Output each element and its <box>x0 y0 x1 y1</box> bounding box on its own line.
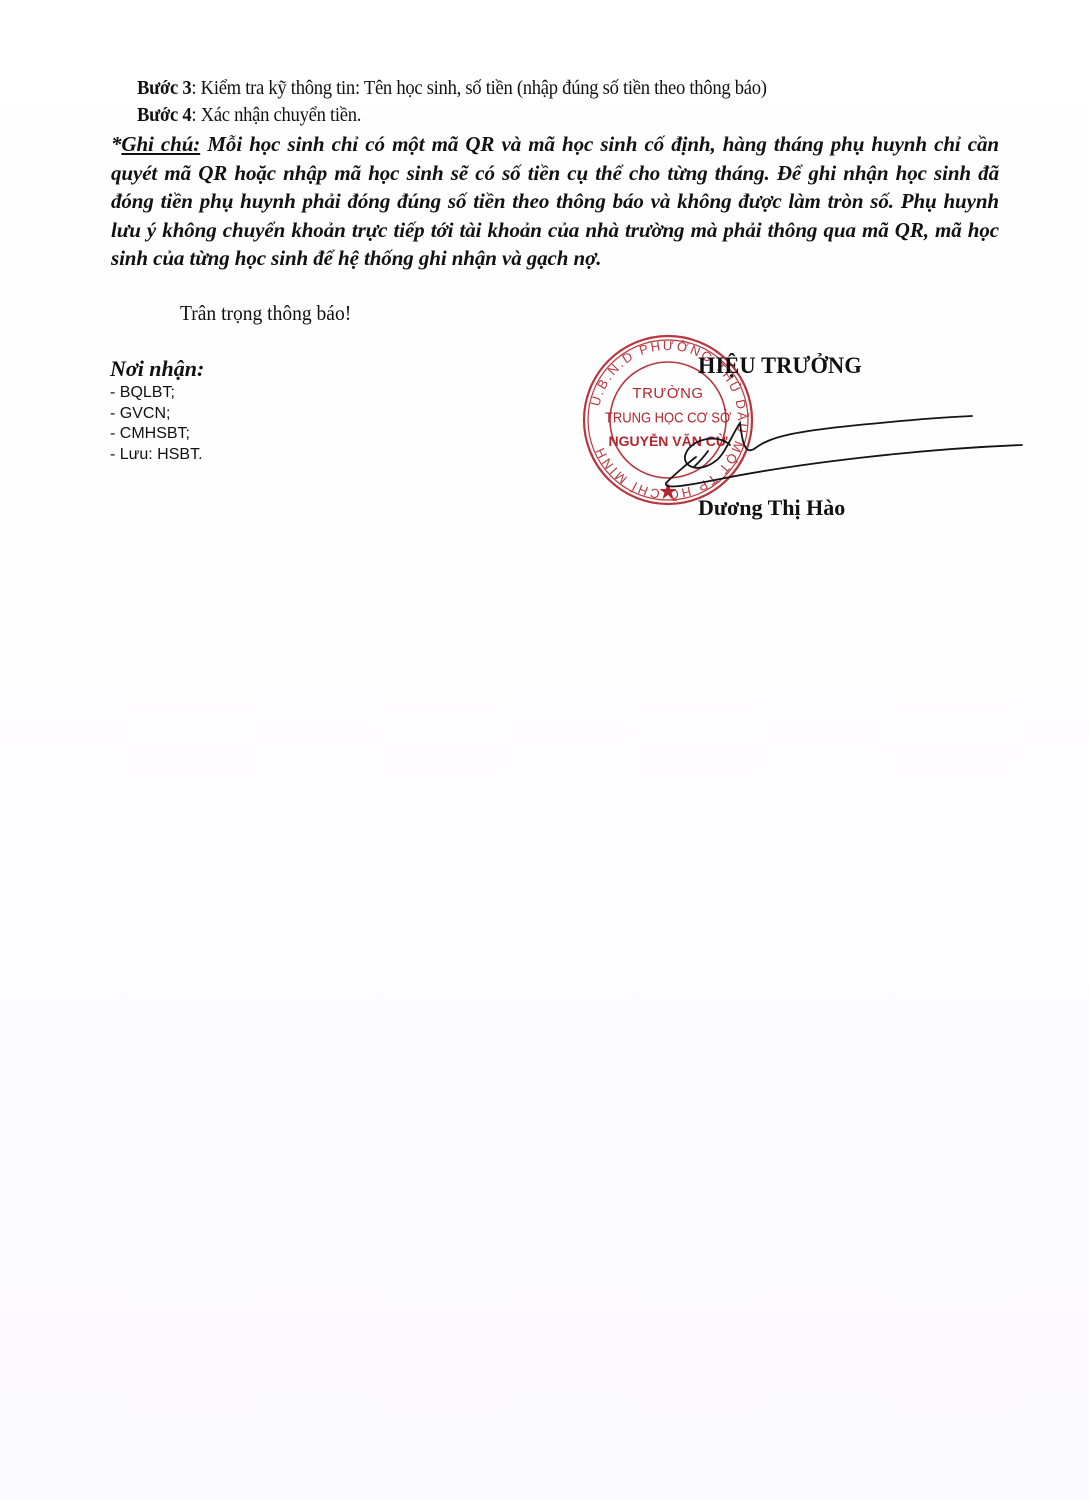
note-label: Ghi chú: <box>121 132 200 156</box>
step-label: Bước 4 <box>137 104 191 126</box>
signer-name: Dương Thị Hào <box>698 495 845 521</box>
note-paragraph: *Ghi chú: Mỗi học sinh chỉ có một mã QR … <box>111 130 999 273</box>
note-prefix: * <box>111 132 121 156</box>
signer-title: HIỆU TRƯỞNG <box>698 353 862 379</box>
recipient-item: - Lưu: HSBT. <box>110 445 204 466</box>
recipients-title: Nơi nhận: <box>110 355 204 383</box>
step-4: Bước 4: Xác nhận chuyển tiền. <box>137 102 767 129</box>
document-page: Bước 3: Kiểm tra kỹ thông tin: Tên học s… <box>0 0 1089 1500</box>
recipient-item: - BQLBT; <box>110 383 204 404</box>
recipient-item: - CMHSBT; <box>110 424 204 445</box>
step-label: Bước 3 <box>137 77 191 99</box>
recipients-block: Nơi nhận: - BQLBT; - GVCN; - CMHSBT; - L… <box>110 355 204 465</box>
step-text: : Kiểm tra kỹ thông tin: Tên học sinh, s… <box>191 77 766 99</box>
step-3: Bước 3: Kiểm tra kỹ thông tin: Tên học s… <box>137 75 767 102</box>
closing-line: Trân trọng thông báo! <box>180 299 351 327</box>
step-text: : Xác nhận chuyển tiền. <box>191 104 361 126</box>
recipient-item: - GVCN; <box>110 404 204 425</box>
payment-steps: Bước 3: Kiểm tra kỹ thông tin: Tên học s… <box>137 75 767 129</box>
note-text: Mỗi học sinh chỉ có một mã QR và mã học … <box>111 132 999 270</box>
signature-block: HIỆU TRƯỞNG Dương Thị Hào <box>690 353 1050 533</box>
